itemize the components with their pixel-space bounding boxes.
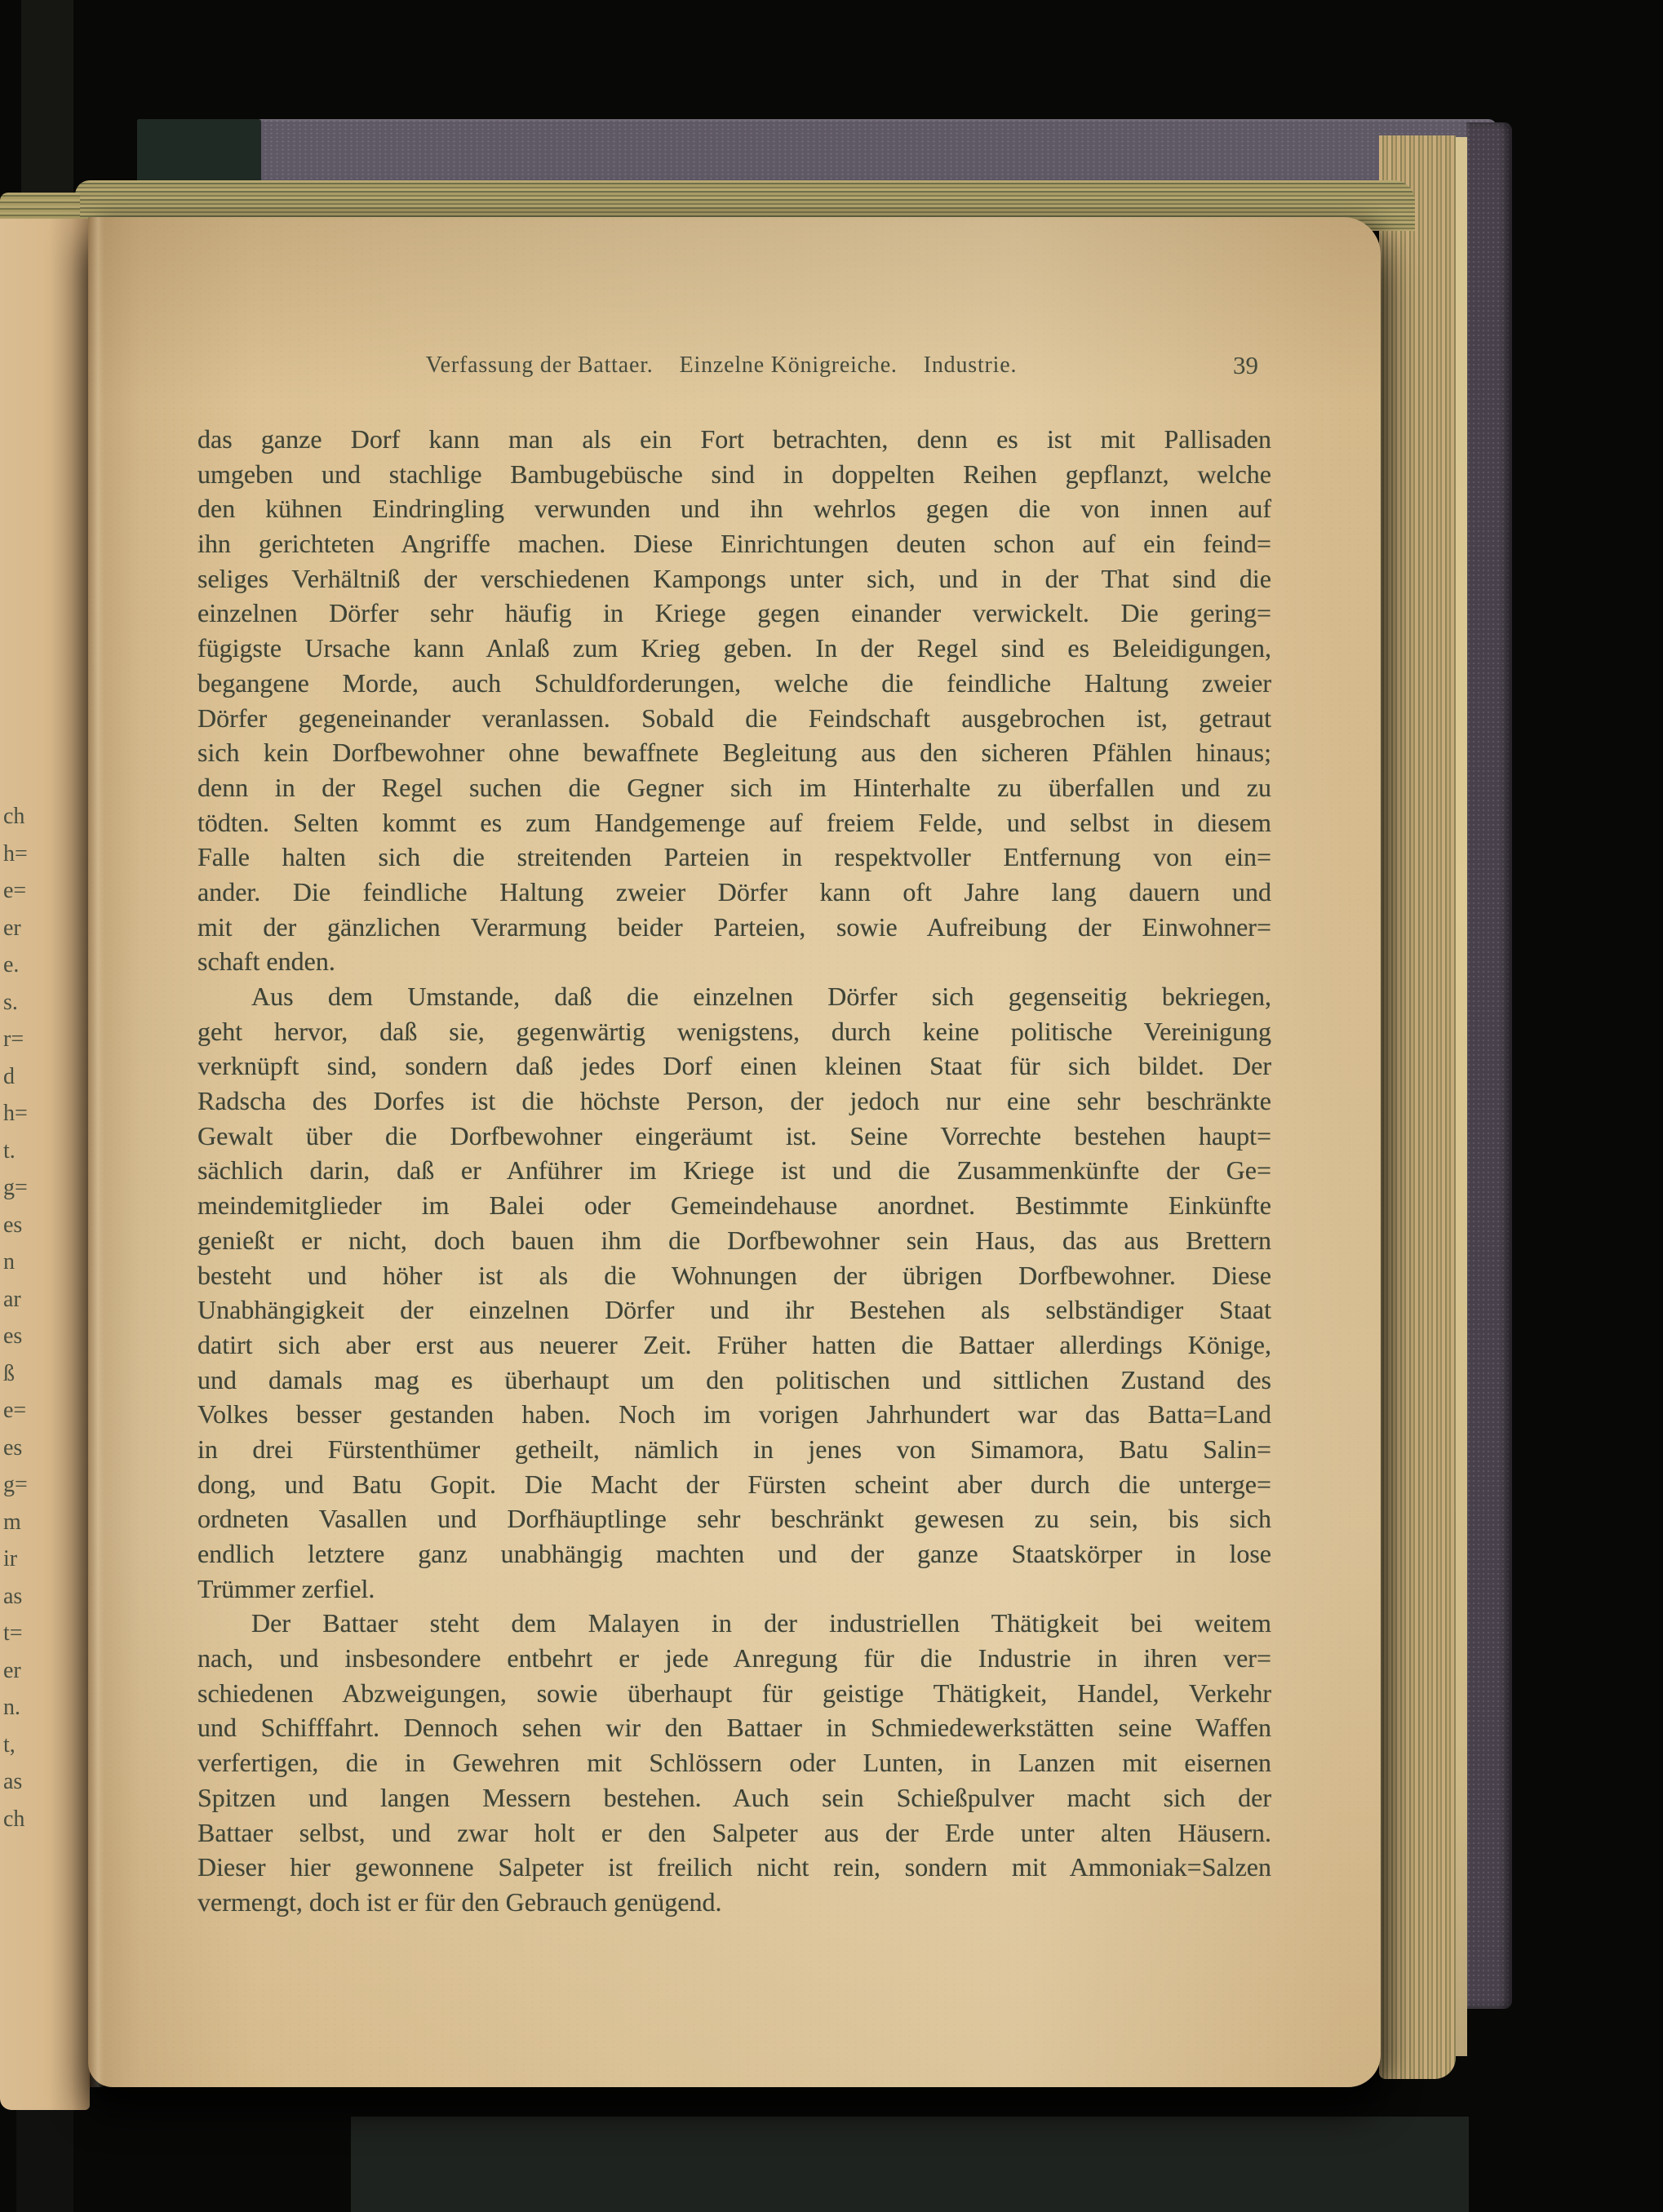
gutter-fragment: m <box>3 1504 60 1541</box>
text-line: genießt er nicht, doch bauen ihm die Dor… <box>197 1223 1271 1258</box>
text-line: verfertigen, die in Gewehren mit Schlöss… <box>197 1745 1271 1780</box>
text-line: dong, und Batu Gopit. Die Macht der Fürs… <box>197 1467 1271 1502</box>
page-stack-fore-edge <box>1379 135 1456 2079</box>
page-text: das ganze Dorf kann man als ein Fort bet… <box>197 422 1271 1920</box>
gutter-fragment: ir <box>3 1540 60 1578</box>
text-line: besteht und höher ist als die Wohnungen … <box>197 1258 1271 1293</box>
gutter-fragment: as <box>3 1763 60 1801</box>
running-title-segment: Einzelne Königreiche. <box>680 352 898 379</box>
gutter-fragment: e. <box>3 946 60 984</box>
gutter-fragment: r= <box>3 1021 60 1058</box>
text-line: seliges Verhältniß der verschiedenen Kam… <box>197 561 1271 596</box>
text-line: und Schifffahrt. Dennoch sehen wir den B… <box>197 1710 1271 1745</box>
gutter-fragment: t, <box>3 1727 60 1764</box>
text-line: fügigste Ursache kann Anlaß zum Krieg ge… <box>197 631 1271 666</box>
text-line: Unabhängigkeit der einzelnen Dörfer und … <box>197 1292 1271 1328</box>
book-cover-right-edge <box>1466 122 1512 2009</box>
text-line: Radscha des Dorfes ist die höchste Perso… <box>197 1084 1271 1119</box>
gutter-fragment: as <box>3 1578 60 1616</box>
text-line: in drei Fürstenthümer getheilt, nämlich … <box>197 1432 1271 1467</box>
text-line: das ganze Dorf kann man als ein Fort bet… <box>197 422 1271 457</box>
text-line: meindemitglieder im Balei oder Gemeindeh… <box>197 1188 1271 1223</box>
gutter-fragment: e= <box>3 872 60 910</box>
text-line: geht hervor, daß sie, gegenwärtig wenigs… <box>197 1014 1271 1049</box>
gutter-fragment: h= <box>3 1095 60 1133</box>
text-line: vermengt, doch ist er für den Gebrauch g… <box>197 1885 1271 1920</box>
gutter-fragment: es <box>3 1207 60 1244</box>
text-line: Volkes besser gestanden haben. Noch im v… <box>197 1397 1271 1432</box>
gutter-fragment: g= <box>3 1169 60 1207</box>
gutter-fragment: d <box>3 1058 60 1096</box>
text-line: verknüpft sind, sondern daß jedes Dorf e… <box>197 1048 1271 1084</box>
text-line: datirt sich aber erst aus neuerer Zeit. … <box>197 1328 1271 1363</box>
gutter-fragment: n <box>3 1243 60 1281</box>
text-line: nach, und insbesondere entbehrt er jede … <box>197 1641 1271 1676</box>
text-line: sächlich darin, daß er Anführer im Krieg… <box>197 1153 1271 1188</box>
page-header: Verfassung der Battaer.Einzelne Königrei… <box>197 352 1271 390</box>
text-line: Gewalt über die Dorfbewohner eingeräumt … <box>197 1119 1271 1154</box>
gutter-fragment: es <box>3 1318 60 1355</box>
text-line: ihn gerichteten Angriffe machen. Diese E… <box>197 526 1271 561</box>
gutter-crease <box>88 217 104 2087</box>
gutter-fragment: ch <box>3 1801 60 1838</box>
text-line: ander. Die feindliche Haltung zweier Dör… <box>197 875 1271 910</box>
text-line: Battaer selbst, und zwar holt er den Sal… <box>197 1815 1271 1851</box>
text-line: Dörfer gegeneinander veranlassen. Sobald… <box>197 701 1271 736</box>
book-photo-scene: chh=e=ere.s.r=dh=t.g=esnaresße=esg=miras… <box>0 0 1663 2212</box>
text-line: denn in der Regel suchen die Gegner sich… <box>197 770 1271 805</box>
text-line: einzelnen Dörfer sehr häufig in Kriege g… <box>197 596 1271 631</box>
gutter-text-fragments: chh=e=ere.s.r=dh=t.g=esnaresße=esg=miras… <box>3 798 60 1837</box>
text-line: ordneten Vasallen und Dorfhäuptlinge seh… <box>197 1501 1271 1536</box>
text-line: Der Battaer steht dem Malayen in der ind… <box>197 1606 1271 1641</box>
book-page: Verfassung der Battaer.Einzelne Königrei… <box>88 217 1381 2087</box>
running-title-segment: Industrie. <box>924 352 1018 379</box>
text-line: Aus dem Umstande, daß die einzelnen Dörf… <box>197 979 1271 1014</box>
text-line: Falle halten sich die streitenden Partei… <box>197 840 1271 875</box>
book-cover-top-edge <box>137 119 1497 188</box>
page-number: 39 <box>1233 351 1258 380</box>
gutter-fragment: t. <box>3 1133 60 1170</box>
gutter-fragment: ß <box>3 1355 60 1393</box>
facing-page-top-edge <box>0 193 80 222</box>
text-line: tödten. Selten kommt es zum Handgemenge … <box>197 805 1271 840</box>
running-title-segment: Verfassung der Battaer. <box>426 352 654 379</box>
text-line: Trümmer zerfiel. <box>197 1571 1271 1607</box>
text-line: umgeben und stachlige Bambugebüsche sind… <box>197 457 1271 492</box>
text-line: den kühnen Eindringling verwunden und ih… <box>197 491 1271 526</box>
text-line: schiedenen Abzweigungen, sowie überhaupt… <box>197 1676 1271 1711</box>
running-title: Verfassung der Battaer.Einzelne Königrei… <box>184 352 1258 379</box>
book-spine-bottom <box>16 2105 73 2212</box>
text-line: und damals mag es überhaupt um den polit… <box>197 1363 1271 1398</box>
gutter-fragment: es <box>3 1430 60 1467</box>
text-line: Dieser hier gewonnene Salpeter ist freil… <box>197 1850 1271 1885</box>
gutter-fragment: ar <box>3 1281 60 1319</box>
book-cover-bottom-board <box>351 2117 1469 2212</box>
facing-page-sliver: chh=e=ere.s.r=dh=t.g=esnaresße=esg=miras… <box>0 219 90 2110</box>
gutter-fragment: ch <box>3 798 60 836</box>
gutter-fragment: t= <box>3 1615 60 1652</box>
text-line: sich kein Dorfbewohner ohne bewaffnete B… <box>197 735 1271 770</box>
text-line: Spitzen und langen Messern bestehen. Auc… <box>197 1780 1271 1815</box>
fore-edge-outer-leaf <box>1456 137 1467 2056</box>
gutter-fragment: h= <box>3 836 60 873</box>
text-line: endlich letztere ganz unabhängig machten… <box>197 1536 1271 1571</box>
gutter-fragment: e= <box>3 1392 60 1430</box>
book-spine-top <box>21 0 73 219</box>
gutter-fragment: s. <box>3 984 60 1022</box>
gutter-fragment: n. <box>3 1689 60 1727</box>
text-line: begangene Morde, auch Schuldforderungen,… <box>197 666 1271 701</box>
gutter-fragment: er <box>3 910 60 947</box>
gutter-fragment: er <box>3 1652 60 1690</box>
gutter-fragment: g= <box>3 1466 60 1504</box>
text-line: mit der gänzlichen Verarmung beider Part… <box>197 910 1271 945</box>
text-line: schaft enden. <box>197 944 1271 979</box>
